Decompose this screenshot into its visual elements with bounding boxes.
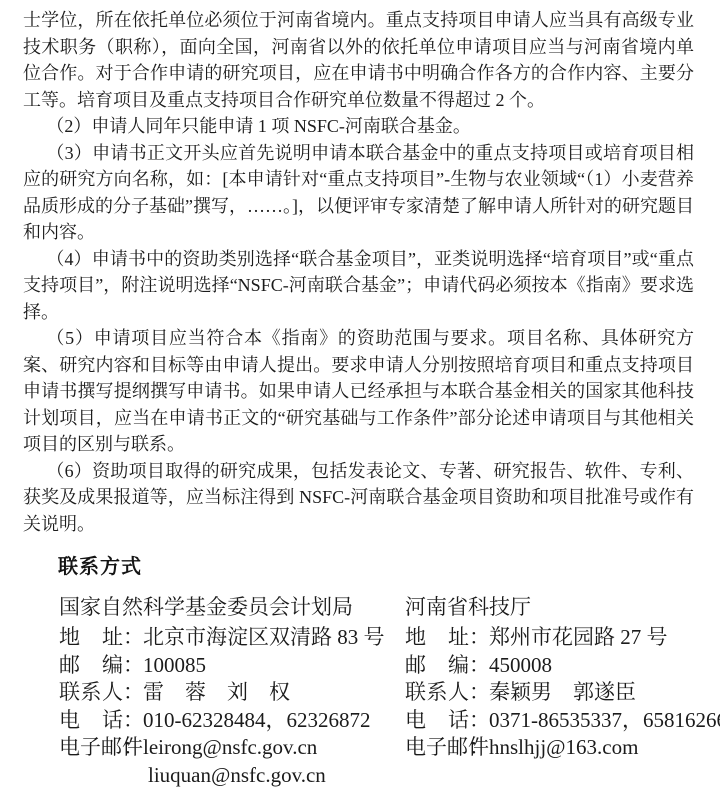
contact-org-henan: 河南省科技厅 [405,593,720,621]
contact-row-zipcode: 邮编：450008 [405,652,720,680]
paragraph-item-3: （3）申请书正文开头应首先说明申请本联合基金中的重点支持项目或培育项目相应的研究… [23,140,694,246]
label-colon: ： [123,652,138,680]
label-colon: ： [123,707,138,735]
contact-row-phone: 电话：0371-86535337，65816266 [405,707,720,735]
contact-label-persons: 联系人 [405,679,469,707]
document-body: 士学位，所在依托单位必须位于河南省境内。重点支持项目申请人应当具有高级专业技术职… [0,0,720,537]
contact-section: 国家自然科学基金委员会计划局 地址：北京市海淀区双清路 83 号 邮编：1000… [59,593,720,789]
contact-row-address: 地址：北京市海淀区双清路 83 号 [59,624,405,652]
contact-label-address: 地址 [59,624,123,652]
contact-row-email: 电子邮件：leirong@nsfc.gov.cn [59,734,405,762]
contact-row-zipcode: 邮编：100085 [59,652,405,680]
contact-column-henan: 河南省科技厅 地址：郑州市花园路 27 号 邮编：450008 联系人：秦颖男 … [405,593,720,789]
contact-value-email-2: liuquan@nsfc.gov.cn [148,763,326,787]
label-colon: ： [469,652,484,680]
paragraph-item-2: （2）申请人同年只能申请 1 项 NSFC-河南联合基金。 [23,113,694,140]
contact-value-email: leirong@nsfc.gov.cn [143,735,317,759]
contact-column-nsfc: 国家自然科学基金委员会计划局 地址：北京市海淀区双清路 83 号 邮编：1000… [59,593,405,789]
paragraph-item-5: （5）申请项目应当符合本《指南》的资助范围与要求。项目名称、具体研究方案、研究内… [23,325,694,458]
label-colon: ： [469,707,484,735]
contact-row-phone: 电话：010-62328484，62326872 [59,707,405,735]
contact-heading: 联系方式 [58,550,720,579]
contact-row-persons: 联系人：秦颖男 郭遂臣 [405,679,720,707]
contact-org-nsfc: 国家自然科学基金委员会计划局 [59,593,405,621]
paragraph-item-6: （6）资助项目取得的研究成果，包括发表论文、专著、研究报告、软件、专利、获奖及成… [23,458,694,538]
contact-value-zipcode: 450008 [489,653,552,677]
contact-label-email: 电子邮件 [405,734,469,762]
contact-label-zipcode: 邮编 [59,652,123,680]
contact-value-phone: 010-62328484，62326872 [143,708,371,732]
paragraph-item-4: （4）申请书中的资助类别选择“联合基金项目”，亚类说明选择“培育项目”或“重点支… [23,246,694,326]
paragraph-continuation: 士学位，所在依托单位必须位于河南省境内。重点支持项目申请人应当具有高级专业技术职… [23,7,694,113]
contact-row-email: 电子邮件：hnslhjj@163.com [405,734,720,762]
contact-value-persons: 雷 蓉 刘 权 [143,680,290,704]
label-colon: ： [123,679,138,707]
contact-label-address: 地址 [405,624,469,652]
document-page: 士学位，所在依托单位必须位于河南省境内。重点支持项目申请人应当具有高级专业技术职… [0,0,720,795]
contact-value-address: 郑州市花园路 27 号 [489,625,668,649]
contact-label-persons: 联系人 [59,679,123,707]
label-colon: ： [469,679,484,707]
contact-row-address: 地址：郑州市花园路 27 号 [405,624,720,652]
contact-value-zipcode: 100085 [143,653,206,677]
contact-row-persons: 联系人：雷 蓉 刘 权 [59,679,405,707]
label-colon: ： [469,734,484,762]
contact-value-address: 北京市海淀区双清路 83 号 [143,625,385,649]
contact-value-email: hnslhjj@163.com [489,735,638,759]
contact-label-email: 电子邮件 [59,734,123,762]
contact-label-zipcode: 邮编 [405,652,469,680]
label-colon: ： [123,734,138,762]
contact-value-persons: 秦颖男 郭遂臣 [489,680,636,704]
contact-label-phone: 电话 [59,707,123,735]
contact-row-email-2: liuquan@nsfc.gov.cn [59,762,405,790]
label-colon: ： [123,624,138,652]
contact-value-phone: 0371-86535337，65816266 [489,708,720,732]
contact-label-phone: 电话 [405,707,469,735]
label-colon: ： [469,624,484,652]
